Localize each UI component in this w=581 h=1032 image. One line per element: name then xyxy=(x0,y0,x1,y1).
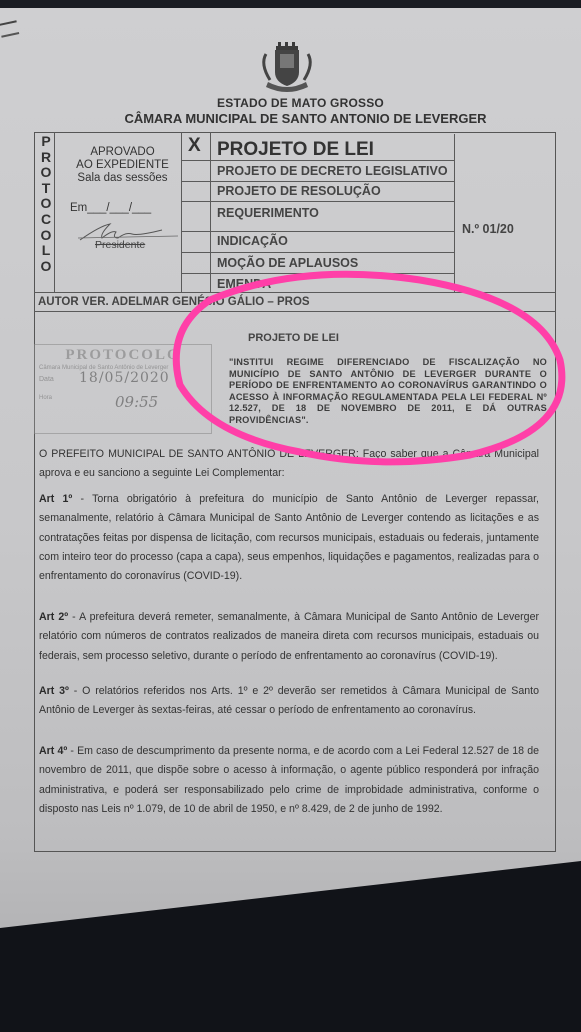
doc-type-requerimento: REQUERIMENTO xyxy=(217,206,319,220)
doc-type-resolucao: PROJETO DE RESOLUÇÃO xyxy=(217,184,381,198)
protocol-letter: C xyxy=(40,212,52,228)
article-text: - Em caso de descumprimento da presente … xyxy=(39,745,539,815)
president-label: Presidente xyxy=(95,239,145,251)
approval-line: Sala das sessões xyxy=(70,172,175,185)
protocol-letter: O xyxy=(40,228,52,244)
protocol-letter: O xyxy=(40,196,52,212)
doc-type-projeto-de-lei: PROJETO DE LEI xyxy=(217,139,374,161)
article-label: Art 3º xyxy=(39,685,69,697)
selected-checkmark: X xyxy=(188,135,201,157)
grid-line xyxy=(181,252,454,253)
protocol-vertical-label: P R O T O C O L O xyxy=(40,134,52,274)
article-label: Art 4º xyxy=(39,745,67,757)
approval-line: APROVADO xyxy=(70,146,175,159)
preamble: O PREFEITO MUNICIPAL DE SANTO ANTÔNIO DE… xyxy=(39,445,539,484)
doc-type-emenda: EMENDA xyxy=(217,277,271,291)
grid-line xyxy=(54,132,55,292)
article-2: Art 2º - A prefeitura deverá remeter, se… xyxy=(39,608,539,666)
stamp-hour-value: 09:55 xyxy=(115,393,158,411)
protocol-letter: O xyxy=(40,259,52,275)
protocol-letter: T xyxy=(40,181,52,197)
author-line: AUTOR VER. ADELMAR GENÉSIO GÁLIO – PROS xyxy=(38,296,310,308)
stamp-date-label: Data xyxy=(39,376,54,383)
article-3: Art 3º - O relatórios referidos nos Arts… xyxy=(39,682,539,721)
chamber-heading: CÂMARA MUNICIPAL DE SANTO ANTONIO DE LEV… xyxy=(0,111,581,126)
article-4: Art 4º - Em caso de descumprimento da pr… xyxy=(39,742,539,819)
state-heading: ESTADO DE MATO GROSSO xyxy=(0,96,581,110)
protocol-stamp: PROTOCOLO Câmara Municipal de Santo Antô… xyxy=(34,344,212,434)
grid-line xyxy=(454,134,455,292)
grid-line xyxy=(181,231,454,232)
doc-type-decreto-legislativo: PROJETO DE DECRETO LEGISLATIVO xyxy=(217,164,448,178)
article-text: - Torna obrigatório à prefeitura do muni… xyxy=(39,493,539,582)
grid-line xyxy=(181,273,454,274)
approval-date-line: Em___/___/___ xyxy=(70,202,151,214)
bill-title: PROJETO DE LEI xyxy=(248,332,339,344)
bill-number: N.º 01/20 xyxy=(462,222,514,236)
approval-block: APROVADO AO EXPEDIENTE Sala das sessões xyxy=(70,146,175,185)
protocol-letter: L xyxy=(40,243,52,259)
protocol-letter: R xyxy=(40,150,52,166)
grid-line xyxy=(181,181,454,182)
grid-line xyxy=(34,292,556,293)
article-label: Art 1º xyxy=(39,493,72,505)
stamp-title: PROTOCOLO xyxy=(35,347,211,364)
article-label: Art 2º xyxy=(39,611,68,623)
stamp-date-value: 18/05/2020 xyxy=(79,370,170,386)
grid-line xyxy=(181,132,182,292)
grid-line xyxy=(34,311,556,312)
bill-summary: "INSTITUI REGIME DIFERENCIADO DE FISCALI… xyxy=(229,357,547,426)
doc-type-mocao: MOÇÃO DE APLAUSOS xyxy=(217,256,358,270)
grid-line xyxy=(210,132,211,292)
crest-icon xyxy=(256,40,318,94)
grid-line xyxy=(181,201,454,202)
stamp-hour-label: Hora xyxy=(39,395,52,401)
article-text: - A prefeitura deverá remeter, semanalme… xyxy=(39,611,539,662)
article-text: - O relatórios referidos nos Arts. 1º e … xyxy=(39,685,539,716)
doc-type-indicacao: INDICAÇÃO xyxy=(217,234,288,248)
protocol-letter: O xyxy=(40,165,52,181)
article-1: Art 1º - Torna obrigatório à prefeitura … xyxy=(39,490,539,586)
approval-line: AO EXPEDIENTE xyxy=(70,159,175,172)
protocol-letter: P xyxy=(40,134,52,150)
